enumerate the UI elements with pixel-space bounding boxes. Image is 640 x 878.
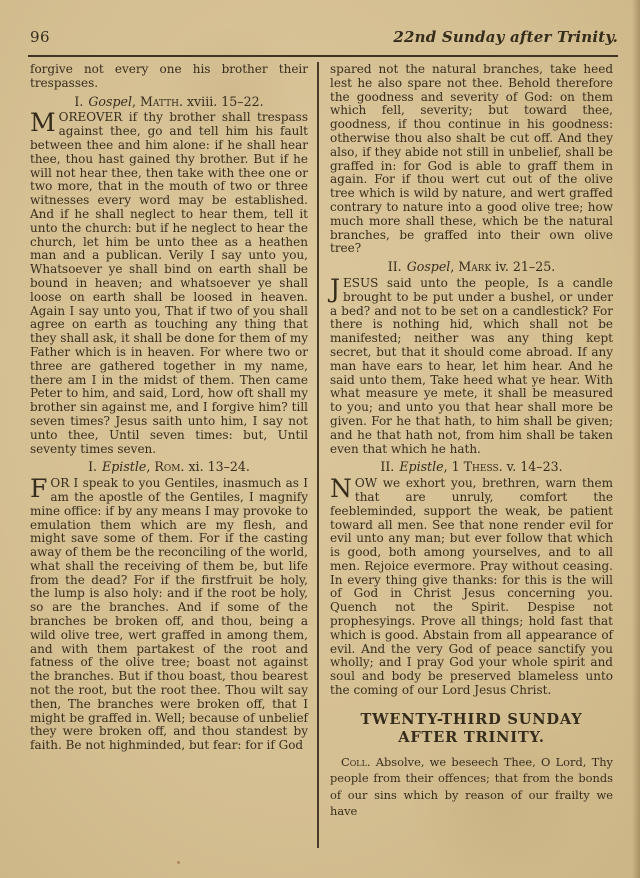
gospel-heading-first: I.Gospel, Matth. xviii. 15–22. bbox=[30, 95, 308, 109]
header-rule bbox=[28, 55, 618, 57]
collect-paragraph: Coll. Absolve, we beseech Thee, O Lord, … bbox=[330, 754, 613, 820]
epistle-heading-second: II.Epistle, 1 Thess. v. 14–23. bbox=[330, 460, 613, 474]
heading-book: , Rom. bbox=[146, 459, 184, 474]
collect-text: Absolve, we beseech Thee, O Lord, Thy pe… bbox=[330, 755, 613, 818]
epistle-heading-first: I.Epistle, Rom. xi. 13–24. bbox=[30, 460, 308, 474]
page-edge-shadow bbox=[632, 0, 640, 878]
right-column: spared not the natural branches, take he… bbox=[330, 63, 613, 819]
heading-reference: v. 14–23. bbox=[503, 459, 563, 474]
ink-speck bbox=[177, 861, 180, 864]
heading-numeral: I. bbox=[88, 459, 97, 474]
heading-reference: xviii. 15–22. bbox=[183, 94, 264, 109]
gospel-heading-second: II.Gospel, Mark iv. 21–25. bbox=[330, 260, 613, 274]
heading-numeral: II. bbox=[380, 459, 394, 474]
left-column: forgive not every one his brother their … bbox=[30, 63, 308, 753]
gospel-reading-second: JESUS said unto the people, Is a candle … bbox=[330, 277, 613, 456]
heading-reference: iv. 21–25. bbox=[491, 259, 555, 274]
epistle-reading-second: NOW we exhort you, brethren, warn them t… bbox=[330, 477, 613, 698]
heading-type: Gospel bbox=[407, 259, 451, 274]
page-header: 96 22nd Sunday after Trinity. bbox=[30, 28, 618, 46]
gospel-text-second: ESUS said unto the people, Is a candle b… bbox=[330, 276, 613, 456]
epistle-text-first: OR I speak to you Gentiles, inasmuch as … bbox=[30, 476, 308, 752]
heading-book: , Matth. bbox=[132, 94, 183, 109]
heading-type: Epistle bbox=[102, 459, 146, 474]
heading-reference: xi. 13–24. bbox=[184, 459, 250, 474]
drop-cap-initial: F bbox=[30, 477, 50, 500]
heading-book: , 1 Thess. bbox=[444, 459, 503, 474]
gospel-reading-first: MOREOVER if thy brother shall trespass a… bbox=[30, 111, 308, 456]
epistle-reading-first: FOR I speak to you Gentiles, inasmuch as… bbox=[30, 477, 308, 753]
heading-numeral: I. bbox=[74, 94, 83, 109]
running-head: 22nd Sunday after Trinity. bbox=[393, 28, 618, 46]
heading-type: Epistle bbox=[399, 459, 443, 474]
heading-numeral: II. bbox=[388, 259, 402, 274]
drop-cap-initial: N bbox=[330, 477, 355, 500]
drop-cap-initial: M bbox=[30, 111, 59, 134]
gospel-text-first: OREOVER if thy brother shall trespass ag… bbox=[30, 110, 308, 455]
drop-cap-initial: J bbox=[330, 277, 343, 300]
column-divider bbox=[317, 62, 319, 848]
collect-label: Coll. bbox=[341, 755, 371, 769]
epistle-text-second: OW we exhort you, brethren, warn them th… bbox=[330, 476, 613, 697]
continuation-paragraph: spared not the natural branches, take he… bbox=[330, 63, 613, 256]
book-page: 96 22nd Sunday after Trinity. forgive no… bbox=[0, 0, 640, 878]
page-number: 96 bbox=[30, 28, 50, 46]
heading-book: , Mark bbox=[450, 259, 491, 274]
continuation-paragraph: forgive not every one his brother their … bbox=[30, 63, 308, 91]
next-sunday-heading: TWENTY-THIRD SUNDAY AFTER TRINITY. bbox=[334, 711, 609, 747]
heading-type: Gospel bbox=[88, 94, 132, 109]
